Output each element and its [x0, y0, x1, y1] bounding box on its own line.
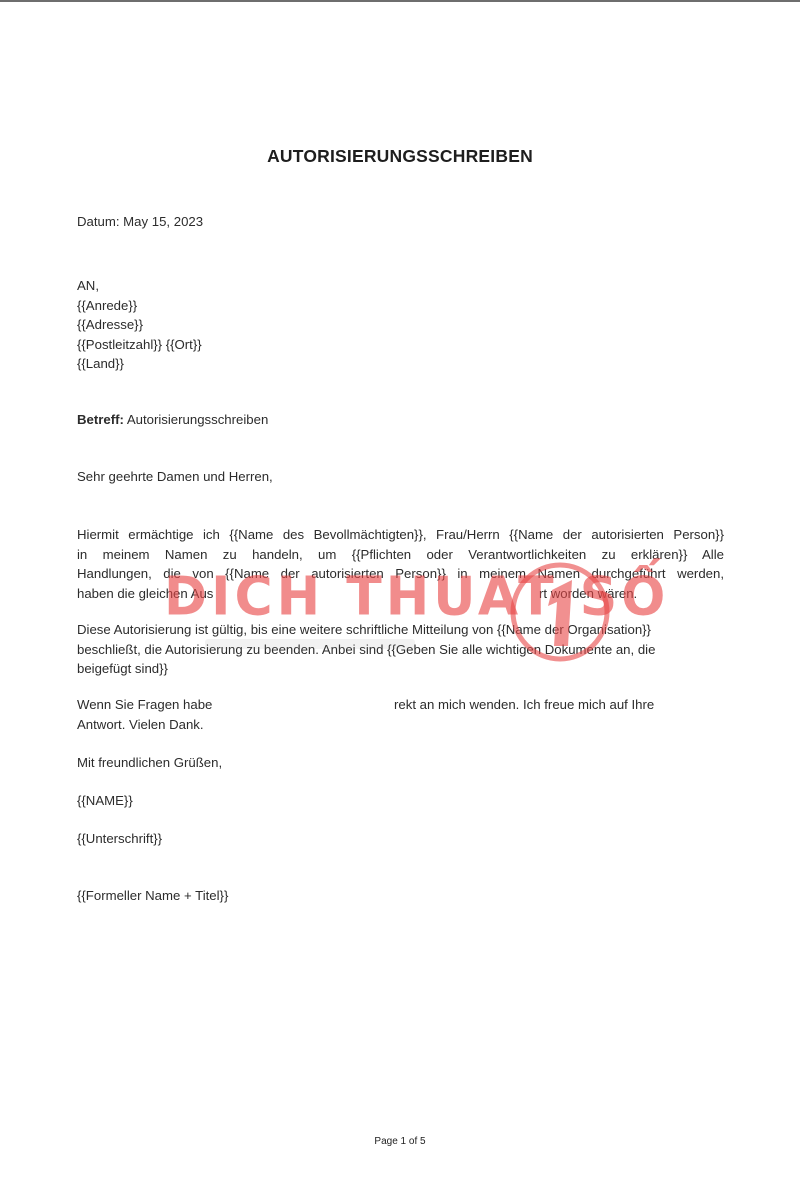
signature-placeholder: {{Unterschrift}}: [77, 829, 162, 849]
recipient-line: AN,: [77, 276, 202, 296]
closing: Mit freundlichen Grüßen,: [77, 753, 222, 773]
recipient-line: {{Postleitzahl}} {{Ort}}: [77, 335, 202, 355]
paragraph-line: in meinem Namen zu handeln, um {{Pflicht…: [77, 545, 724, 565]
paragraph-line: Wenn Sie Fragen habe rekt an mich wenden…: [77, 695, 212, 715]
paragraph-line: beigefügt sind}}: [77, 659, 655, 679]
paragraph-validity: Diese Autorisierung ist gültig, bis eine…: [77, 620, 655, 679]
paragraph-questions: Wenn Sie Fragen habe rekt an mich wenden…: [77, 695, 212, 734]
page-number: Page 1 of 5: [0, 1136, 800, 1147]
document-title: AUTORISIERUNGSSCHREIBEN: [0, 146, 800, 167]
recipient-line: {{Land}}: [77, 354, 202, 374]
paragraph-fragment: Wenn Sie Fragen habe: [77, 697, 212, 712]
recipient-line: {{Anrede}}: [77, 296, 202, 316]
paragraph-line: Hiermit ermächtige ich {{Name des Bevoll…: [77, 525, 724, 545]
paragraph-line: Diese Autorisierung ist gültig, bis eine…: [77, 620, 655, 640]
paragraph-line: Handlungen, die von {{Name der autorisie…: [77, 564, 724, 584]
paragraph-fragment: rt worden wären.: [539, 584, 637, 604]
paragraph-line: beschließt, die Autorisierung zu beenden…: [77, 640, 655, 660]
formal-name-placeholder: {{Formeller Name + Titel}}: [77, 886, 228, 906]
paragraph-line: Antwort. Vielen Dank.: [77, 715, 212, 735]
paragraph-line: haben die gleichen Aus rt worden wären.: [77, 584, 724, 604]
recipient-address: AN, {{Anrede}} {{Adresse}} {{Postleitzah…: [77, 276, 202, 374]
subject-label: Betreff:: [77, 412, 124, 427]
date-line: Datum: May 15, 2023: [77, 212, 203, 232]
salutation: Sehr geehrte Damen und Herren,: [77, 467, 273, 487]
subject-line: Betreff: Autorisierungsschreiben: [77, 410, 268, 430]
paragraph-fragment: rekt an mich wenden. Ich freue mich auf …: [394, 695, 654, 715]
paragraph-authorization: Hiermit ermächtige ich {{Name des Bevoll…: [77, 525, 724, 603]
subject-value: Autorisierungsschreiben: [124, 412, 268, 427]
paragraph-fragment: haben die gleichen Aus: [77, 586, 213, 601]
recipient-line: {{Adresse}}: [77, 315, 202, 335]
name-placeholder: {{NAME}}: [77, 791, 133, 811]
document-page: AUTORISIERUNGSSCHREIBEN Datum: May 15, 2…: [0, 0, 800, 1200]
